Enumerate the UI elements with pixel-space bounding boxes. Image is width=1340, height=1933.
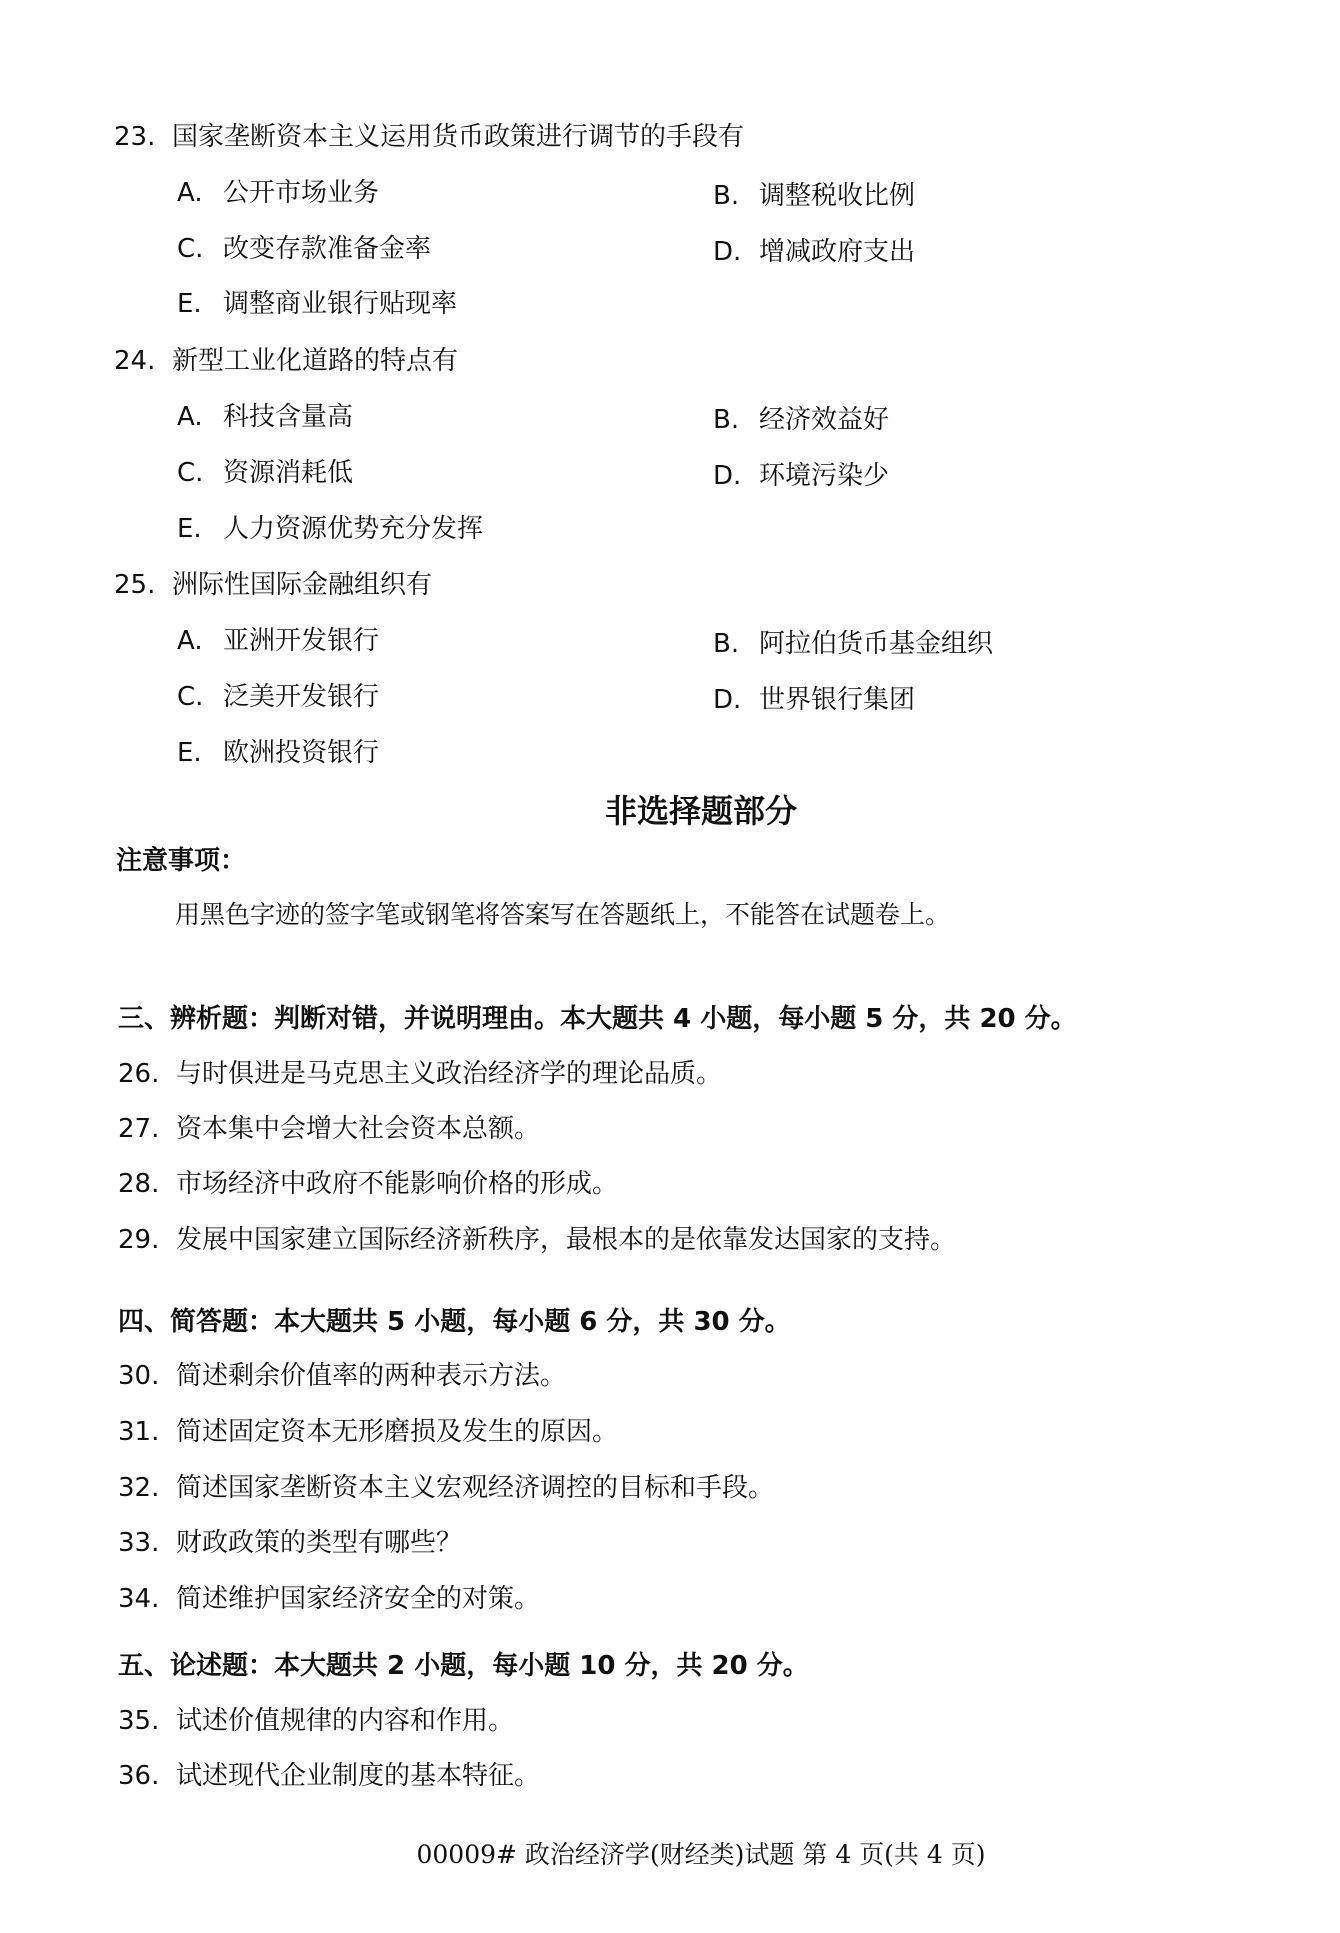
- notice-text: 用黑色字迹的签字笔或钢笔将答案写在答题纸上，不能答在试题卷上。: [175, 899, 950, 931]
- question-number: 29.: [118, 1224, 176, 1256]
- option-24-e: E.人力资源优势充分发挥: [177, 513, 483, 545]
- question-stem: 新型工业化道路的特点有: [172, 346, 458, 376]
- page-footer: 00009# 政治经济学(财经类)试题 第 4 页(共 4 页): [0, 1835, 1340, 1871]
- question-34: 34.简述维护国家经济安全的对策。: [118, 1583, 540, 1615]
- question-text: 简述国家垄断资本主义宏观经济调控的目标和手段。: [176, 1473, 774, 1503]
- question-stem: 洲际性国际金融组织有: [172, 570, 432, 600]
- question-number: 24.: [114, 345, 172, 377]
- option-23-e: E.调整商业银行贴现率: [177, 288, 457, 320]
- option-text: 增减政府支出: [759, 237, 915, 267]
- question-number: 25.: [114, 569, 172, 601]
- option-letter: D.: [713, 460, 759, 492]
- question-number: 26.: [118, 1058, 176, 1090]
- option-23-a: A.公开市场业务: [177, 177, 379, 209]
- question-text: 资本集中会增大社会资本总额。: [176, 1114, 540, 1144]
- question-text: 简述固定资本无形磨损及发生的原因。: [176, 1417, 618, 1447]
- option-23-d: D.增减政府支出: [713, 236, 915, 268]
- option-text: 人力资源优势充分发挥: [223, 514, 483, 544]
- question-36: 36.试述现代企业制度的基本特征。: [118, 1760, 540, 1792]
- option-letter: C.: [177, 233, 223, 265]
- option-24-b: B.经济效益好: [713, 404, 889, 436]
- question-27: 27.资本集中会增大社会资本总额。: [118, 1113, 540, 1145]
- notice-label: 注意事项：: [116, 845, 246, 877]
- question-32: 32.简述国家垄断资本主义宏观经济调控的目标和手段。: [118, 1472, 774, 1504]
- option-text: 阿拉伯货币基金组织: [759, 629, 993, 659]
- question-number: 23.: [114, 121, 172, 153]
- option-letter: B.: [713, 404, 759, 436]
- question-stem: 国家垄断资本主义运用货币政策进行调节的手段有: [172, 122, 744, 152]
- question-31: 31.简述固定资本无形磨损及发生的原因。: [118, 1416, 618, 1448]
- section-heading-4: 四、简答题：本大题共 5 小题，每小题 6 分，共 30 分。: [118, 1306, 791, 1338]
- option-25-e: E.欧洲投资银行: [177, 737, 379, 769]
- option-letter: E.: [177, 513, 223, 545]
- option-text: 亚洲开发银行: [223, 626, 379, 656]
- part-title: 非选择题部分: [0, 786, 1340, 832]
- question-text: 市场经济中政府不能影响价格的形成。: [176, 1169, 618, 1199]
- option-text: 世界银行集团: [759, 685, 915, 715]
- question-number: 28.: [118, 1168, 176, 1200]
- option-letter: C.: [177, 457, 223, 489]
- question-text: 与时俱进是马克思主义政治经济学的理论品质。: [176, 1059, 722, 1089]
- question-text: 发展中国家建立国际经济新秩序，最根本的是依靠发达国家的支持。: [176, 1225, 956, 1255]
- option-letter: A.: [177, 625, 223, 657]
- option-letter: E.: [177, 288, 223, 320]
- option-text: 改变存款准备金率: [223, 234, 431, 264]
- question-number: 30.: [118, 1360, 176, 1392]
- option-letter: C.: [177, 681, 223, 713]
- question-number: 33.: [118, 1527, 176, 1559]
- option-text: 科技含量高: [223, 402, 353, 432]
- option-text: 调整税收比例: [759, 181, 915, 211]
- section-heading-5: 五、论述题：本大题共 2 小题，每小题 10 分，共 20 分。: [118, 1650, 809, 1682]
- question-text: 试述价值规律的内容和作用。: [176, 1706, 514, 1736]
- option-letter: D.: [713, 236, 759, 268]
- question-number: 27.: [118, 1113, 176, 1145]
- question-23: 23.国家垄断资本主义运用货币政策进行调节的手段有: [114, 121, 744, 153]
- question-number: 36.: [118, 1760, 176, 1792]
- question-25: 25.洲际性国际金融组织有: [114, 569, 432, 601]
- option-25-c: C.泛美开发银行: [177, 681, 379, 713]
- option-text: 调整商业银行贴现率: [223, 289, 457, 319]
- option-text: 欧洲投资银行: [223, 738, 379, 768]
- question-text: 简述维护国家经济安全的对策。: [176, 1584, 540, 1614]
- option-24-c: C.资源消耗低: [177, 457, 353, 489]
- option-letter: E.: [177, 737, 223, 769]
- question-30: 30.简述剩余价值率的两种表示方法。: [118, 1360, 566, 1392]
- option-letter: B.: [713, 628, 759, 660]
- option-letter: A.: [177, 401, 223, 433]
- option-text: 环境污染少: [759, 461, 889, 491]
- option-25-b: B.阿拉伯货币基金组织: [713, 628, 993, 660]
- question-number: 34.: [118, 1583, 176, 1615]
- option-24-a: A.科技含量高: [177, 401, 353, 433]
- question-26: 26.与时俱进是马克思主义政治经济学的理论品质。: [118, 1058, 722, 1090]
- option-23-b: B.调整税收比例: [713, 180, 915, 212]
- option-text: 资源消耗低: [223, 458, 353, 488]
- question-24: 24.新型工业化道路的特点有: [114, 345, 458, 377]
- question-text: 财政政策的类型有哪些？: [176, 1528, 462, 1558]
- option-24-d: D.环境污染少: [713, 460, 889, 492]
- question-text: 简述剩余价值率的两种表示方法。: [176, 1361, 566, 1391]
- question-29: 29.发展中国家建立国际经济新秩序，最根本的是依靠发达国家的支持。: [118, 1224, 956, 1256]
- option-letter: D.: [713, 684, 759, 716]
- option-25-d: D.世界银行集团: [713, 684, 915, 716]
- option-23-c: C.改变存款准备金率: [177, 233, 431, 265]
- option-text: 泛美开发银行: [223, 682, 379, 712]
- option-text: 经济效益好: [759, 405, 889, 435]
- question-number: 35.: [118, 1705, 176, 1737]
- option-text: 公开市场业务: [223, 178, 379, 208]
- section-heading-3: 三、辨析题：判断对错，并说明理由。本大题共 4 小题，每小题 5 分，共 20 …: [118, 1003, 1077, 1035]
- option-letter: B.: [713, 180, 759, 212]
- question-28: 28.市场经济中政府不能影响价格的形成。: [118, 1168, 618, 1200]
- option-25-a: A.亚洲开发银行: [177, 625, 379, 657]
- question-33: 33.财政政策的类型有哪些？: [118, 1527, 462, 1559]
- question-text: 试述现代企业制度的基本特征。: [176, 1761, 540, 1791]
- question-number: 31.: [118, 1416, 176, 1448]
- option-letter: A.: [177, 177, 223, 209]
- question-number: 32.: [118, 1472, 176, 1504]
- question-35: 35.试述价值规律的内容和作用。: [118, 1705, 514, 1737]
